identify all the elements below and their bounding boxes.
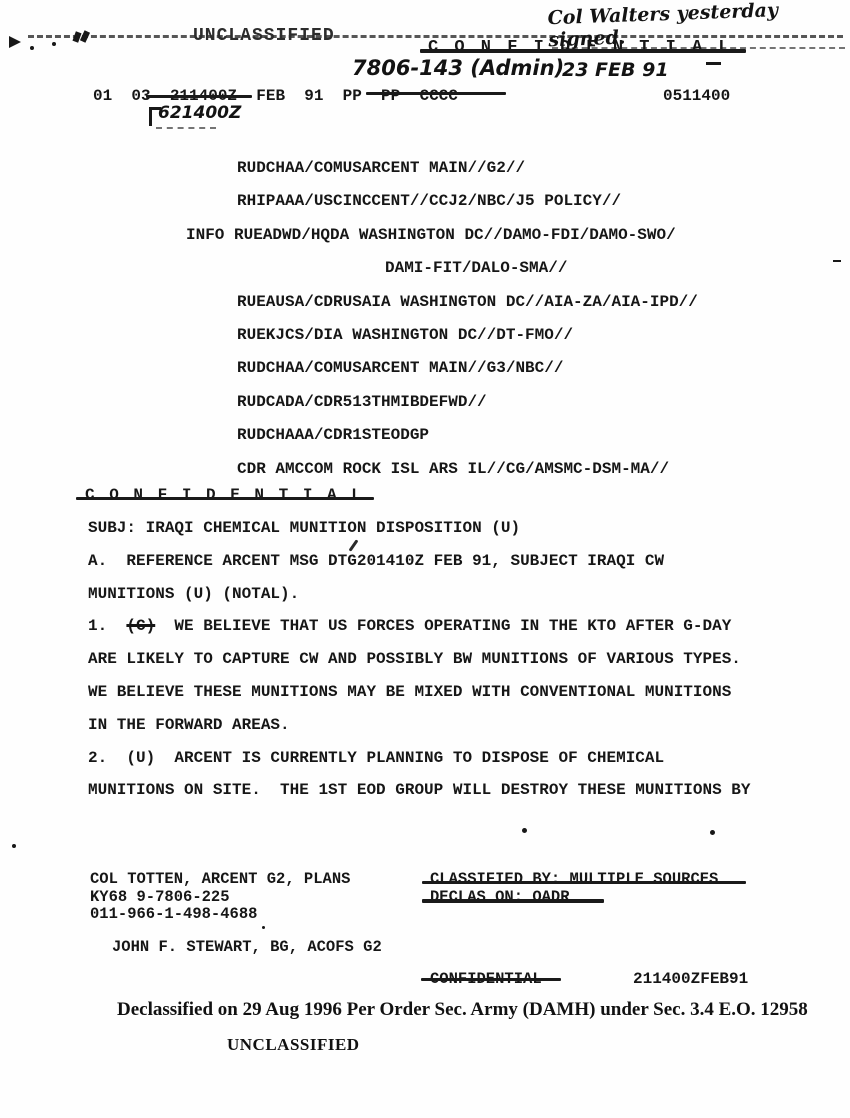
para1-number: 1. <box>88 617 126 635</box>
addressee-line: INFO RUEADWD/HQDA WASHINGTON DC//DAMO-FD… <box>0 219 850 252</box>
confidential-header: C O N F I D E N T I A L <box>428 38 732 57</box>
addressee-line: RUDCHAA/COMUSARCENT MAIN//G3/NBC// <box>0 352 850 385</box>
ink-speck <box>12 844 16 848</box>
strikethrough-mark <box>76 497 374 500</box>
strikethrough-mark <box>421 978 561 981</box>
ink-speck <box>710 830 715 835</box>
para1-classification-struck: (C) <box>126 617 155 635</box>
para2-line: 2. (U) ARCENT IS CURRENTLY PLANNING TO D… <box>88 742 840 775</box>
strikethrough-mark <box>146 95 252 98</box>
handwritten-dtg-correction: 621400Z <box>158 103 241 123</box>
addressee-line: RUEAUSA/CDRUSAIA WASHINGTON DC//AIA-ZA/A… <box>0 286 850 319</box>
unclassified-stamp-bottom: UNCLASSIFIED <box>227 1035 360 1055</box>
addressee-line: DAMI-FIT/DALO-SMA// <box>0 252 850 285</box>
addressee-line: RUDCADA/CDR513THMIBDEFWD// <box>0 386 850 419</box>
strikethrough-mark <box>420 49 746 53</box>
para2-line: MUNITIONS ON SITE. THE 1ST EOD GROUP WIL… <box>88 774 840 807</box>
handwritten-ref-number: 7806-143 (Admin) <box>352 56 564 80</box>
document-page: Col Walters yesterday signed. UNCLASSIFI… <box>0 0 850 1118</box>
contact-line: COL TOTTEN, ARCENT G2, PLANS <box>90 871 350 889</box>
signature-line: JOHN F. STEWART, BG, ACOFS G2 <box>112 938 382 956</box>
ink-mark-dash <box>706 62 721 65</box>
contact-line: 011-966-1-498-4688 <box>90 906 350 924</box>
para1-line: IN THE FORWARD AREAS. <box>88 709 840 742</box>
declassified-note: Declassified on 29 Aug 1996 Per Order Se… <box>117 999 808 1021</box>
classified-by-line: CLASSIFIED BY: MULTIPLE SOURCES <box>430 871 718 889</box>
ink-speck <box>522 828 527 833</box>
dtg-footer: 211400ZFEB91 <box>633 970 748 988</box>
header-routing-struck: CCCC <box>419 87 457 105</box>
header-middle: FEB 91 PP PP <box>237 87 419 105</box>
para1-line: WE BELIEVE THESE MUNITIONS MAY BE MIXED … <box>88 676 840 709</box>
declas-line: DECLAS ON: OADR <box>430 889 718 907</box>
ink-speck <box>30 46 34 50</box>
reference-line: MUNITIONS (U) (NOTAL). <box>88 578 840 611</box>
drafter-contact-block: COL TOTTEN, ARCENT G2, PLANS KY68 9-7806… <box>90 871 350 924</box>
subject-line: SUBJ: IRAQI CHEMICAL MUNITION DISPOSITIO… <box>88 512 840 545</box>
contact-line: KY68 9-7806-225 <box>90 889 350 907</box>
addressee-line: RUEKJCS/DIA WASHINGTON DC//DT-FMO// <box>0 319 850 352</box>
ink-speck <box>262 926 265 929</box>
handwritten-date: 23 FEB 91 <box>562 59 669 81</box>
dashed-rule-small <box>156 127 216 129</box>
para1-line: 1. (C) WE BELIEVE THAT US FORCES OPERATI… <box>88 610 840 643</box>
addressee-line: RUDCHAAA/CDR1STEODGP <box>0 419 850 452</box>
ink-mark-dash <box>833 260 841 262</box>
reference-line: A. REFERENCE ARCENT MSG DTG201410Z FEB 9… <box>88 545 840 578</box>
classification-line: C O N F I D E N T I A L <box>85 486 363 504</box>
serial-number: 0511400 <box>663 87 730 105</box>
ink-mark-triangle <box>9 36 21 48</box>
addressee-line: RUDCHAA/COMUSARCENT MAIN//G2// <box>0 152 850 185</box>
para1-line: ARE LIKELY TO CAPTURE CW AND POSSIBLY BW… <box>88 643 840 676</box>
unclassified-stamp-top: UNCLASSIFIED <box>193 26 335 46</box>
strikethrough-mark <box>422 881 746 884</box>
para1-text: WE BELIEVE THAT US FORCES OPERATING IN T… <box>155 617 731 635</box>
message-body: SUBJ: IRAQI CHEMICAL MUNITION DISPOSITIO… <box>88 512 840 807</box>
addressee-line: CDR AMCCOM ROCK ISL ARS IL//CG/AMSMC-DSM… <box>0 453 850 486</box>
strikethrough-mark <box>422 899 604 903</box>
strikethrough-mark <box>366 92 506 95</box>
addressee-line: RHIPAAA/USCINCCENT//CCJ2/NBC/J5 POLICY// <box>0 185 850 218</box>
ink-speck <box>52 42 56 46</box>
addressee-block: RUDCHAA/COMUSARCENT MAIN//G2// RHIPAAA/U… <box>0 152 850 486</box>
